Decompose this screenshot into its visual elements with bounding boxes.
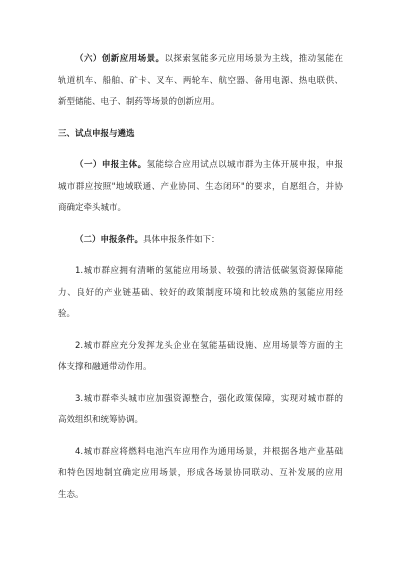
text-line: 新型储能、电子、制药等场景的创新应用。 [58, 92, 343, 114]
paragraph-application-subject: （一）申报主体。氢能综合应用试点以城市群为主体开展申报，申报 城市群应按照"地域… [58, 155, 343, 220]
paragraph-innovation-scenarios: （六）创新应用场景。以探索氢能多元应用场景为主线，推动氢能在 轨道机车、船舶、矿… [58, 49, 343, 114]
section-heading: 三、试点申报与遴选 [58, 124, 343, 146]
text-line: （一）申报主体。氢能综合应用试点以城市群为主体开展申报，申报 [58, 155, 343, 177]
line-text: 氢能综合应用试点以城市群为主体开展申报，申报 [147, 160, 343, 170]
text-line: 力、良好的产业链基础、较好的政策制度环境和比较成熟的氢能应用经 [58, 283, 343, 305]
text-line: 轨道机车、船舶、矿卡、叉车、两轮车、航空器、备用电源、热电联供、 [58, 71, 343, 93]
text-line: 2.城市群应充分发挥龙头企业在氢能基础设施、应用场景等方面的主 [58, 336, 343, 358]
line-text: 具体申报条件如下： [143, 235, 220, 245]
text-line: 和特色因地制宜确定应用场景，形成各场景协同联动、互补发展的应用 [58, 463, 343, 485]
text-line: 1.城市群应拥有清晰的氢能应用场景、较强的清洁低碳氢资源保障能 [58, 261, 343, 283]
text-line: 城市群应按照"地域联通、产业协同、生态闭环"的要求，自愿组合，并协 [58, 177, 343, 199]
condition-item-3: 3.城市群牵头城市应加强资源整合，强化政策保障，实现对城市群的 高效组织和统筹协… [58, 389, 343, 432]
condition-item-1: 1.城市群应拥有清晰的氢能应用场景、较强的清洁低碳氢资源保障能 力、良好的产业链… [58, 261, 343, 326]
paragraph-lead-bold: （六）创新应用场景。 [75, 54, 164, 64]
text-line: 验。 [58, 304, 343, 326]
paragraph-lead-bold: （二）申报条件。 [75, 235, 143, 245]
text-line: （二）申报条件。具体申报条件如下： [58, 230, 343, 252]
text-line: 4.城市群应将燃料电池汽车应用作为通用场景，并根据各地产业基础 [58, 442, 343, 464]
section-heading-block: 三、试点申报与遴选 [58, 124, 343, 146]
text-line: 生态。 [58, 485, 343, 507]
paragraph-lead-bold: （一）申报主体。 [75, 160, 147, 170]
text-line: 商确定牵头城市。 [58, 198, 343, 220]
condition-item-2: 2.城市群应充分发挥龙头企业在氢能基础设施、应用场景等方面的主 体支撑和融通带动… [58, 336, 343, 379]
text-line: （六）创新应用场景。以探索氢能多元应用场景为主线，推动氢能在 [58, 49, 343, 71]
document-page: （六）创新应用场景。以探索氢能多元应用场景为主线，推动氢能在 轨道机车、船舶、矿… [0, 0, 400, 565]
text-line: 高效组织和统筹协调。 [58, 410, 343, 432]
text-line: 体支撑和融通带动作用。 [58, 357, 343, 379]
paragraph-application-conditions: （二）申报条件。具体申报条件如下： [58, 230, 343, 252]
document-body: （六）创新应用场景。以探索氢能多元应用场景为主线，推动氢能在 轨道机车、船舶、矿… [58, 49, 343, 506]
line-text: 以探索氢能多元应用场景为主线，推动氢能在 [164, 54, 343, 64]
text-line: 3.城市群牵头城市应加强资源整合，强化政策保障，实现对城市群的 [58, 389, 343, 411]
condition-item-4: 4.城市群应将燃料电池汽车应用作为通用场景，并根据各地产业基础 和特色因地制宜确… [58, 442, 343, 507]
